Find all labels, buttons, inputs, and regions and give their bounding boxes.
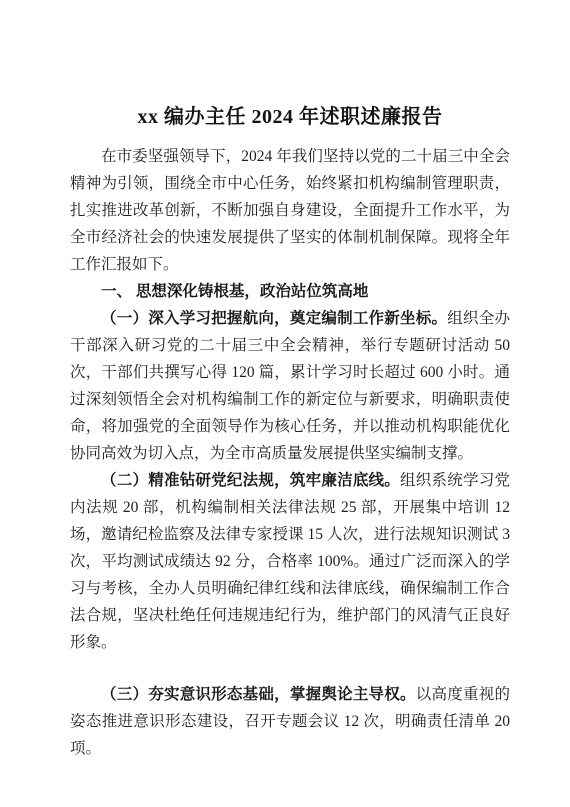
body-paragraph: （三）夯实意识形态基础，掌握舆论主导权。以高度重视的姿态推进意识形态建设，召开专… [70,681,510,762]
paragraph-text: 组织系统学习党内法规 20 部，机构编制相关法律法规 25 部，开展集中培训 1… [70,472,510,651]
body-paragraph: 在市委坚强领导下，2024 年我们坚持以党的二十届三中全会精神为引领，围绕全市中… [70,143,510,278]
section-heading: 一、 思想深化铸根基，政治站位筑高地 [70,278,510,305]
body-paragraph: （二）精准钻研党纪法规，筑牢廉洁底线。组织系统学习党内法规 20 部，机构编制相… [70,467,510,656]
document-body: 在市委坚强领导下，2024 年我们坚持以党的二十届三中全会精神为引领，围绕全市中… [70,143,510,762]
heading-text: 一、 思想深化铸根基，政治站位筑高地 [101,283,368,300]
paragraph-lead: （二）精准钻研党纪法规，筑牢廉洁底线。 [101,472,400,489]
paragraph-spacer [70,656,510,681]
paragraph-text: 在市委坚强领导下，2024 年我们坚持以党的二十届三中全会精神为引领，围绕全市中… [70,148,510,273]
document-title: xx 编办主任 2024 年述职述廉报告 [70,102,510,132]
paragraph-lead: （三）夯实意识形态基础，掌握舆论主导权。 [101,686,416,703]
body-paragraph: （一）深入学习把握航向，奠定编制工作新坐标。组织全办干部深入研习党的二十届三中全… [70,305,510,467]
paragraph-lead: （一）深入学习把握航向，奠定编制工作新坐标。 [101,310,447,327]
paragraph-text: 组织全办干部深入研习党的二十届三中全会精神，举行专题研讨活动 50 次，干部们共… [70,310,510,462]
document-page: xx 编办主任 2024 年述职述廉报告 在市委坚强领导下，2024 年我们坚持… [0,0,570,807]
